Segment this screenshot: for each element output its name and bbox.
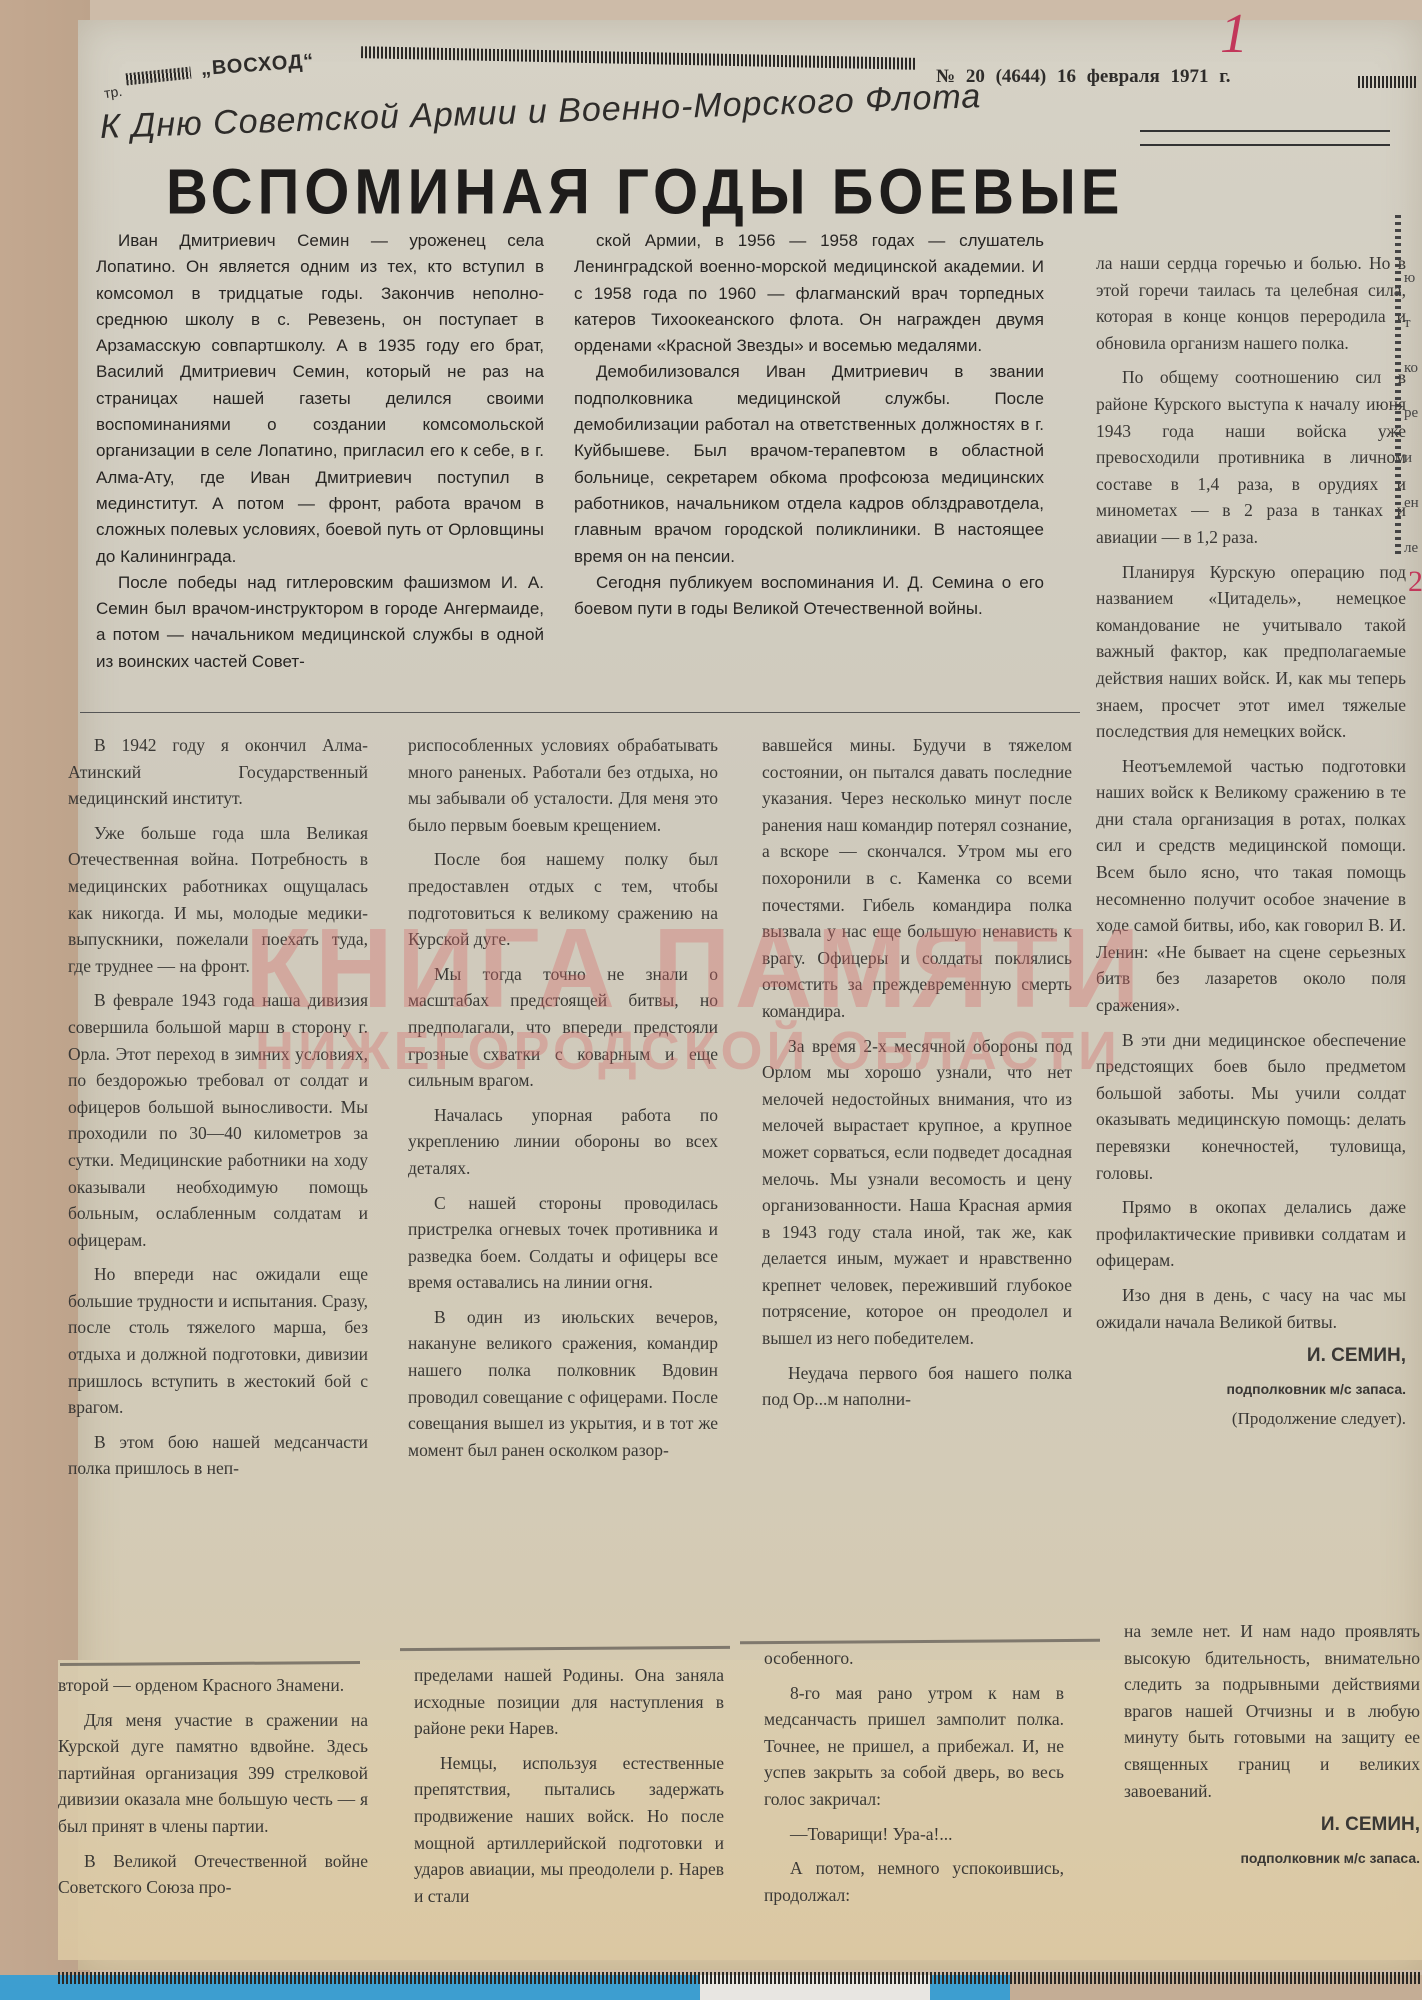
body-paragraph: Началась упорная работа по укреплению ли… [408, 1102, 718, 1182]
body-paragraph: Неудача первого боя нашего полка под Ор.… [762, 1360, 1072, 1413]
body-paragraph: Неотъемлемой частью подготовки наших вой… [1096, 753, 1406, 1019]
bottom-border-rule [58, 1972, 1422, 1984]
newspaper-name: „ВОСХОД“ [200, 50, 315, 81]
intro-paragraph: После победы над гитлеровским фашизмом И… [96, 570, 544, 675]
body-column-1: В 1942 году я окончил Алма-Атинский Госу… [68, 732, 368, 1490]
intro-column-1: Иван Дмитриевич Семин — уроженец села Ло… [96, 228, 544, 675]
author-signature: И. СЕМИН, [1096, 1343, 1406, 1370]
intro-divider [80, 712, 1080, 713]
edge-fragment: ле [1404, 540, 1418, 557]
body-paragraph: В эти дни медицинское обеспечение предст… [1096, 1027, 1406, 1187]
body-paragraph: Планируя Курскую операцию под названием … [1096, 559, 1406, 745]
lower-author-signature: И. СЕМИН, [1124, 1812, 1420, 1839]
intro-paragraph: Демобилизовался Иван Дмитриевич в звании… [574, 359, 1044, 569]
intro-paragraph: Иван Дмитриевич Семин — уроженец села Ло… [96, 228, 544, 570]
lower-author-rank: подполковник м/с запаса. [1124, 1845, 1420, 1872]
edge-fragment: ю [1404, 270, 1415, 287]
edge-fragment: и [1404, 450, 1412, 467]
edge-fragment: т [1404, 315, 1411, 332]
lower-paragraph: Для меня участие в сражении на Курской д… [58, 1707, 368, 1840]
masthead-rule-left [126, 67, 192, 86]
lower-column-1: второй — орденом Красного Знамени.Для ме… [58, 1672, 368, 1909]
lower-paragraph: 8-го мая рано утром к нам в медсанчасть … [764, 1680, 1064, 1813]
wavy-cut-edge [1395, 215, 1401, 555]
kicker-rule [1140, 130, 1390, 146]
body-paragraph: За время 2-х месячной обороны под Орлом … [762, 1033, 1072, 1352]
body-paragraph: Изо дня в день, с часу на час мы ожидали… [1096, 1282, 1406, 1335]
lower-column-2: пределами нашей Родины. Она заняла исход… [414, 1662, 724, 1917]
body-paragraph: ла наши сердца горечью и болью. Но в это… [1096, 250, 1406, 356]
lower-paragraph: второй — орденом Красного Знамени. [58, 1672, 368, 1699]
body-paragraph: Мы тогда точно не знали о масштабах пред… [408, 961, 718, 1094]
body-paragraph: риспособленных условиях обрабатывать мно… [408, 732, 718, 838]
body-paragraph: Но впереди нас ожидали еще большие трудн… [68, 1261, 368, 1421]
body-paragraph: Уже больше года шла Великая Отечественна… [68, 820, 368, 980]
lower-paragraph: В Великой Отечественной войне Советского… [58, 1848, 368, 1901]
lower-paragraph: —Товарищи! Ура-а!... [764, 1821, 1064, 1848]
handwritten-margin-mark: 2 [1408, 565, 1422, 599]
headline: ВСПОМИНАЯ ГОДЫ БОЕВЫЕ [166, 155, 1124, 229]
masthead-rule-middle [361, 46, 916, 70]
body-paragraph: В один из июльских вечеров, накануне вел… [408, 1304, 718, 1464]
body-paragraph: Прямо в окопах делались даже профилактич… [1096, 1194, 1406, 1274]
lower-paragraph: Немцы, используя естественные препятстви… [414, 1750, 724, 1910]
lower-paragraph: пределами нашей Родины. Она заняла исход… [414, 1662, 724, 1742]
masthead-rule-right [1358, 76, 1418, 88]
lower-paragraph: на земле нет. И нам надо проявлять высок… [1124, 1618, 1420, 1804]
lower-paragraph: особенного. [764, 1645, 1064, 1672]
lower-column-4: на земле нет. И нам надо проявлять высок… [1124, 1618, 1420, 1871]
edge-fragment: ко [1404, 360, 1418, 377]
lower-paragraph: А потом, немного успокоившись, продолжал… [764, 1855, 1064, 1908]
edge-fragment: ре [1404, 405, 1418, 422]
body-column-3: вавшейся мины. Будучи в тяжелом состояни… [762, 732, 1072, 1421]
body-column-4: ла наши сердца горечью и болью. Но в это… [1096, 250, 1406, 1433]
lower-column-3: особенного.8-го мая рано утром к нам в м… [764, 1645, 1064, 1916]
edge-fragment: ен [1404, 495, 1419, 512]
body-paragraph: После боя нашему полку был предоставлен … [408, 846, 718, 952]
masthead-lead-fragment: тр. [103, 83, 123, 101]
body-paragraph: По общему соотношению сил в районе Курск… [1096, 364, 1406, 550]
body-paragraph: В феврале 1943 года наша дивизия соверши… [68, 987, 368, 1253]
body-paragraph: В этом бою нашей медсанчасти полка пришл… [68, 1429, 368, 1482]
continued-note: (Продолжение следует). [1096, 1406, 1406, 1433]
body-paragraph: С нашей стороны проводилась пристрелка о… [408, 1190, 718, 1296]
intro-paragraph: Сегодня публикуем воспоминания И. Д. Сем… [574, 570, 1044, 623]
body-column-2: риспособленных условиях обрабатывать мно… [408, 732, 718, 1471]
body-paragraph: В 1942 году я окончил Алма-Атинский Госу… [68, 732, 368, 812]
intro-column-2: ской Армии, в 1956 — 1958 годах — слушат… [574, 228, 1044, 622]
intro-paragraph: ской Армии, в 1956 — 1958 годах — слушат… [574, 228, 1044, 359]
author-rank: подполковник м/с запаса. [1096, 1376, 1406, 1403]
body-paragraph: вавшейся мины. Будучи в тяжелом состояни… [762, 732, 1072, 1025]
